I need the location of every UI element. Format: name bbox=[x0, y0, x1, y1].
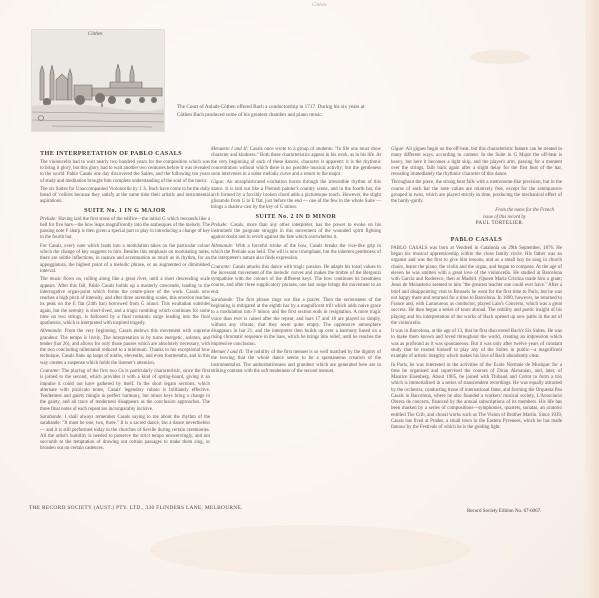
movement-text: Casals attacks this dance with tragic pa… bbox=[211, 265, 381, 295]
biography-heading: PABLO CASALS bbox=[391, 237, 562, 243]
movement-label: Gigue: bbox=[211, 180, 225, 185]
credit-line: issue of this record by bbox=[483, 215, 554, 220]
movement-paragraph-allemande: Allemande: With a forceful stroke of the… bbox=[211, 244, 381, 263]
movement-text: All gigues begin on the off-beat, but th… bbox=[391, 147, 562, 177]
movement-paragraph-gigue: Gigue: All gigues begin on the off-beat,… bbox=[391, 147, 562, 178]
movement-label: Courante: bbox=[211, 265, 231, 270]
movement-label: Sarabande: bbox=[40, 415, 63, 420]
movement-paragraph-menuet: Menuet I and II: The nobility of the fir… bbox=[211, 350, 381, 375]
movement-paragraph: For Casals, every note which leads into … bbox=[40, 244, 210, 275]
intro-paragraph: The violoncello had to wait nearly two h… bbox=[40, 160, 210, 185]
notes-credit: From the notes for the French issue of t… bbox=[391, 208, 562, 227]
movement-paragraph-gigue: Gigue: An unsophisticated exultation bur… bbox=[211, 180, 381, 211]
text-column-2: Menuetto I and II: Casals once wrote to … bbox=[211, 147, 381, 377]
movement-paragraph-courante: Courante: The playing of the first two G… bbox=[40, 369, 210, 413]
movement-label: Sarabande: bbox=[211, 298, 234, 303]
movement-paragraph-menuetto: Menuetto I and II: Casals once wrote to … bbox=[211, 147, 381, 178]
movement-paragraph: Throughout the piece, the strong beat fa… bbox=[391, 180, 562, 205]
age-stain bbox=[150, 525, 470, 575]
movement-text: Having laid the first stone of the edifi… bbox=[40, 217, 210, 241]
engraving-label: Cöthen bbox=[88, 32, 102, 37]
biography-paragraph: In Paris, he was interested in the activ… bbox=[391, 363, 562, 432]
biography-paragraph: PABLO CASALS was born at Vendrell in Cat… bbox=[391, 246, 562, 327]
image-caption: The Court of Anhalt-Cöthen offered Bach … bbox=[177, 104, 367, 119]
cothen-engraving-image: Cöthen bbox=[31, 29, 165, 132]
movement-text: I shall always remember Casals saying to… bbox=[40, 415, 210, 451]
publisher-footer: THE RECORD SOCIETY (AUST.) PTY. LTD., 33… bbox=[29, 505, 243, 511]
album-back-cover: Cöthen bbox=[0, 0, 599, 598]
biography-paragraph: It was in Barcelona, at the age of 13, t… bbox=[391, 329, 562, 360]
town-skyline-illustration bbox=[32, 30, 164, 131]
suite-2-heading: SUITE No. 2 IN D MINOR bbox=[211, 214, 381, 220]
movement-paragraph-sarabande: Sarabande: The first phrase rings out li… bbox=[211, 298, 381, 348]
movement-label: Menuetto I and II: bbox=[211, 147, 248, 152]
movement-label: Gigue: bbox=[391, 147, 405, 152]
edition-number: Record Society Edition No. 67-6067. bbox=[467, 509, 541, 514]
movement-paragraph-prelude: Prelude: Casals, more than any other int… bbox=[211, 223, 381, 242]
age-stain bbox=[470, 50, 530, 64]
movement-label: Prelude: bbox=[40, 217, 57, 222]
movement-label: Allemande: bbox=[211, 244, 234, 249]
movement-text: From the very beginning, Casals endows t… bbox=[40, 329, 210, 365]
movement-paragraph-allemande: Allemande: From the very beginning, Casa… bbox=[40, 329, 210, 367]
credit-line: From the notes for the French bbox=[495, 208, 554, 213]
intro-paragraph: The six Suites for Unaccompanied Violonc… bbox=[40, 187, 210, 206]
text-column-1: THE INTERPRETATION OF PABLO CASALS The v… bbox=[40, 151, 210, 455]
movement-text: An unsophisticated exultation bursts thr… bbox=[211, 180, 381, 210]
credit-author: PAUL TORTELIER. bbox=[391, 221, 554, 227]
movement-paragraph-courante: Courante: Casals attacks this dance with… bbox=[211, 265, 381, 296]
movement-text: The playing of the first two Gs is parti… bbox=[40, 369, 210, 412]
movement-label: Menuet I and II: bbox=[211, 350, 244, 355]
top-stamp: Cöthen bbox=[312, 3, 326, 8]
movement-text: Casals, more than any other interpreter,… bbox=[211, 223, 381, 241]
movement-label: Courante: bbox=[40, 369, 60, 374]
movement-paragraph-sarabande: Sarabande: I shall always remember Casal… bbox=[40, 415, 210, 453]
section-title-interpretation: THE INTERPRETATION OF PABLO CASALS bbox=[40, 151, 210, 157]
suite-1-heading: SUITE No. 1 IN G MAJOR bbox=[40, 208, 210, 214]
movement-label: Prelude: bbox=[211, 223, 228, 228]
movement-paragraph-prelude: Prelude: Having laid the first stone of … bbox=[40, 217, 210, 242]
movement-text: With a forceful stroke of the bow, Casal… bbox=[211, 244, 381, 262]
movement-text: The first phrase rings out like a prayer… bbox=[211, 298, 381, 347]
text-column-3: Gigue: All gigues begin on the off-beat,… bbox=[391, 147, 562, 434]
movement-paragraph: The music flows on, rolling along like a… bbox=[40, 277, 210, 327]
movement-label: Allemande: bbox=[40, 329, 63, 334]
sleeve-edge bbox=[585, 0, 599, 598]
